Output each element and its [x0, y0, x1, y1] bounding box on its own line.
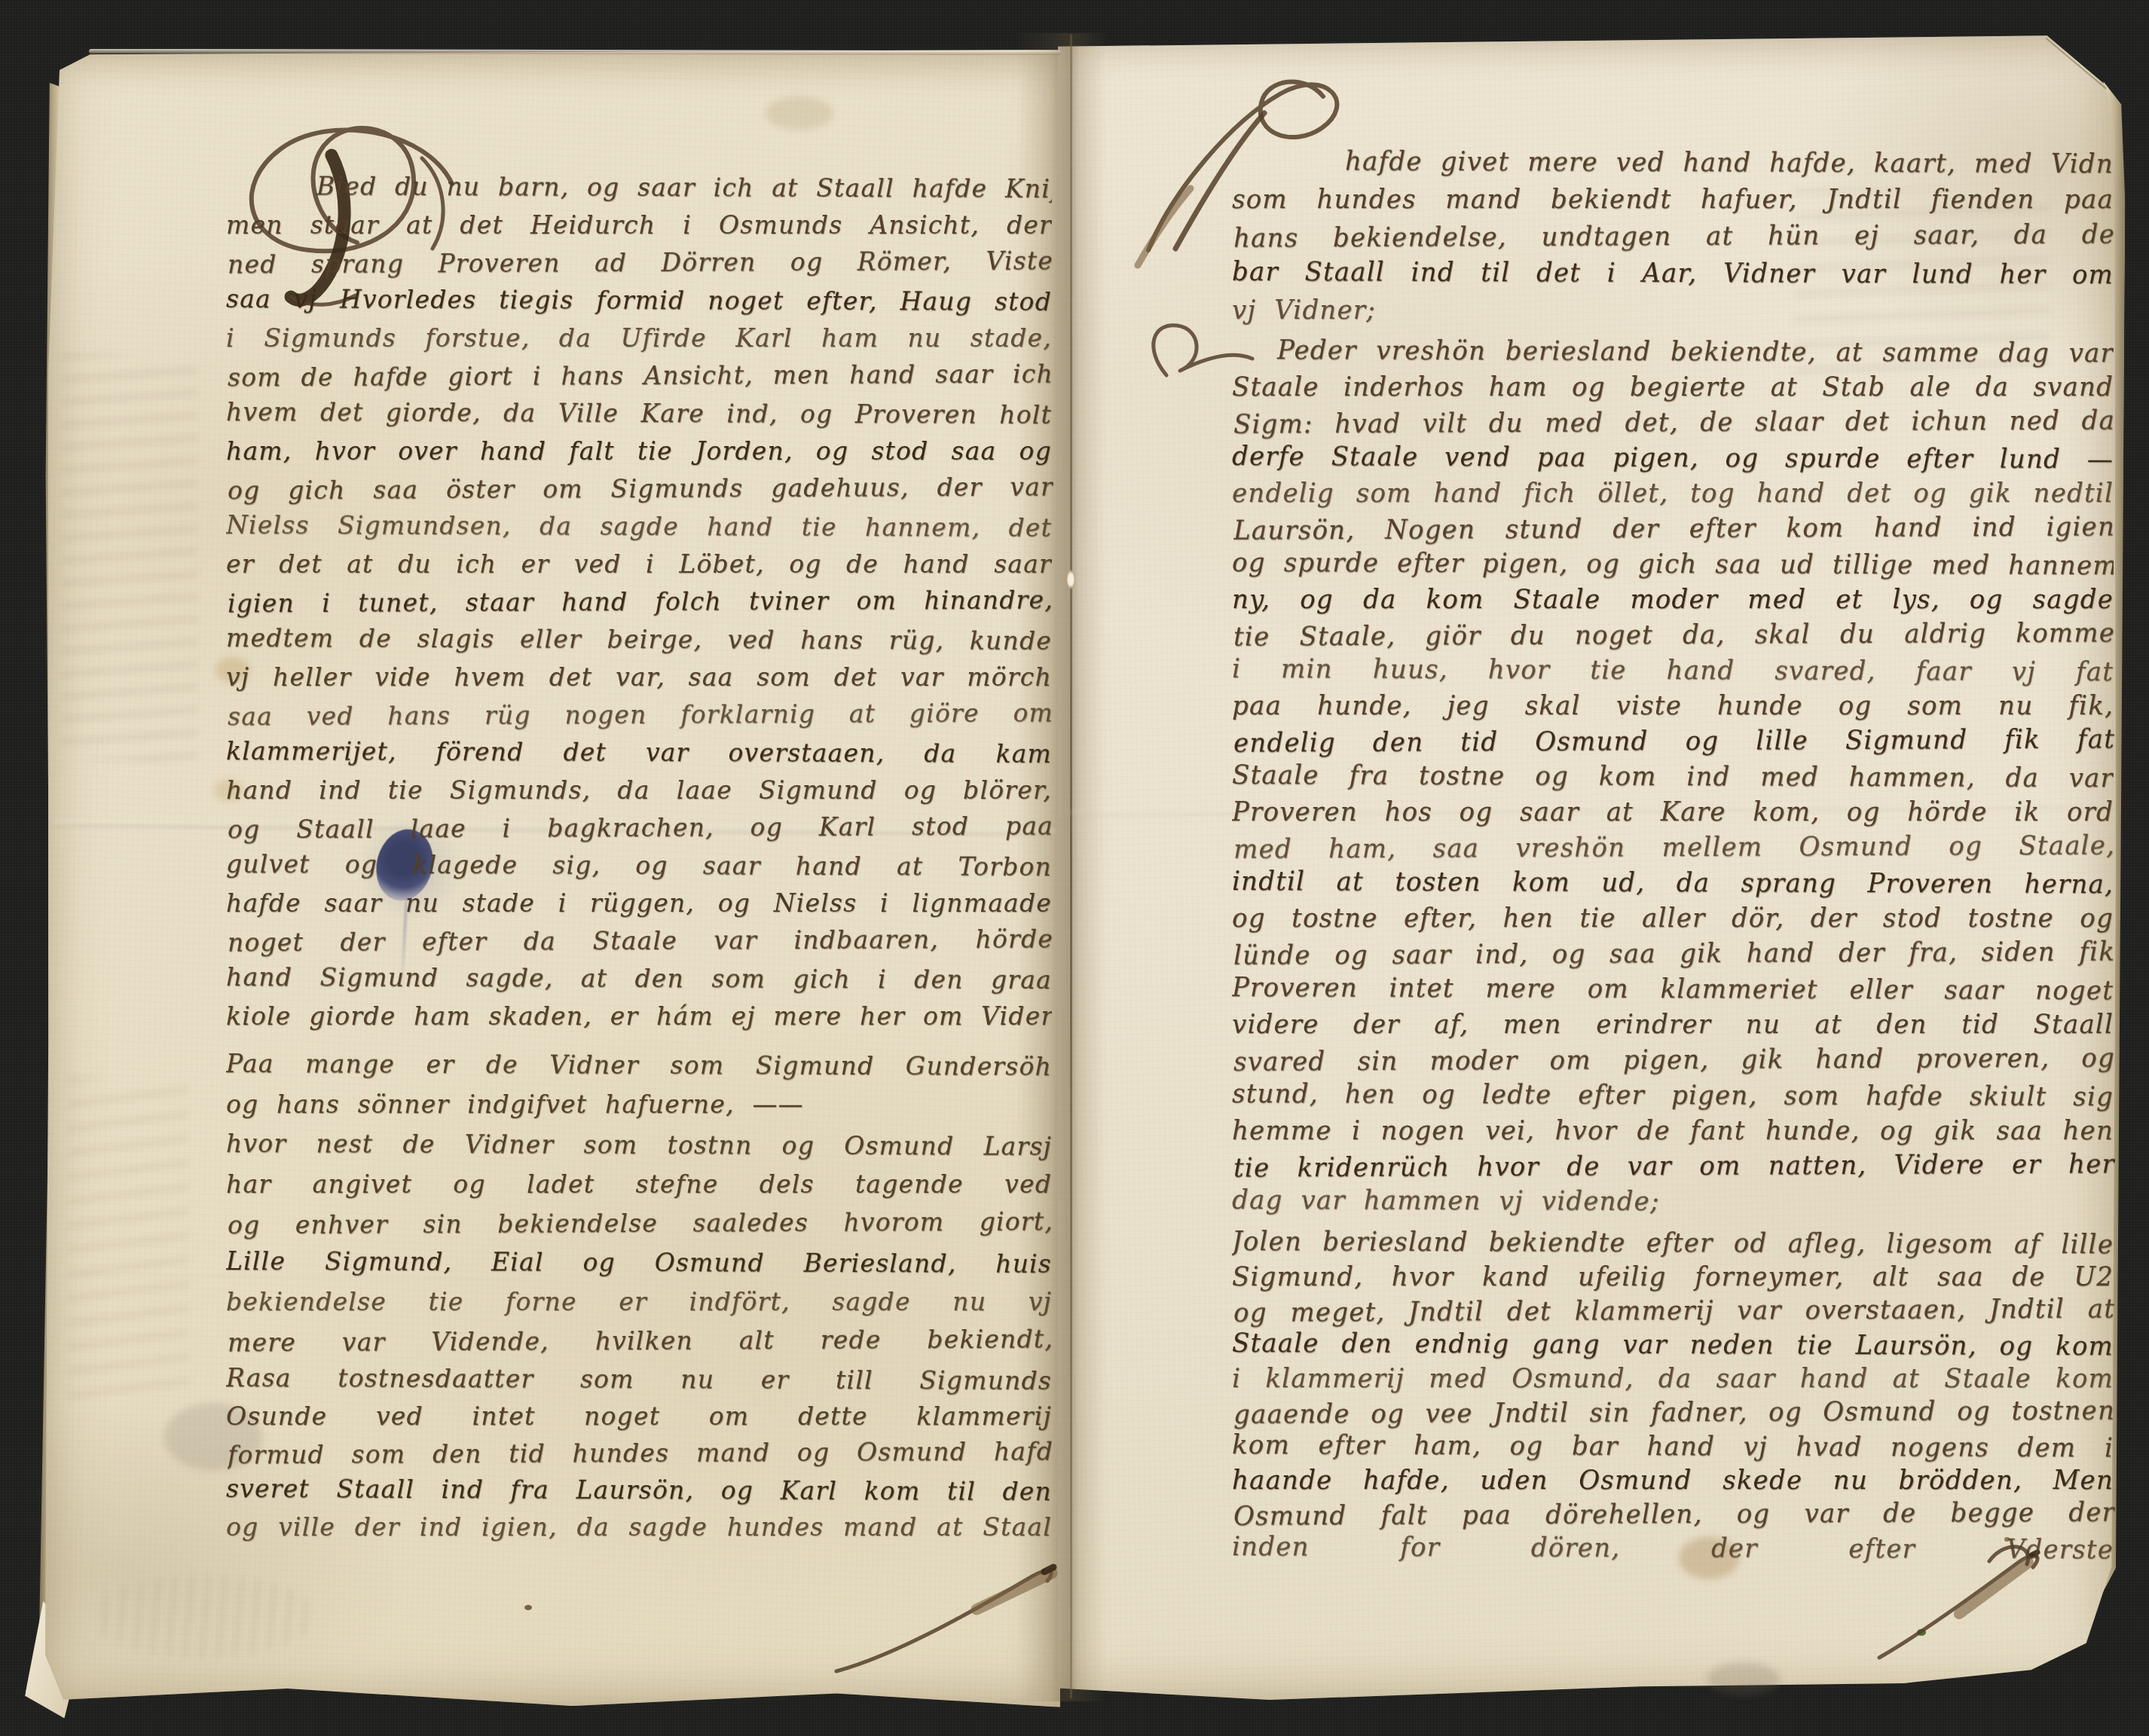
handwriting-line: ham, hvor over hand falt tie Jorden, og … — [226, 432, 1052, 471]
handwriting-line: saa ved hans rüg nogen forklarnig at giö… — [228, 694, 1053, 737]
handwriting-line: indtil at tosten kom ud, da sprang Prove… — [1232, 863, 2114, 903]
handwriting-line: Staale inderhos ham og begierte at Stab … — [1232, 369, 2114, 406]
handwriting-line: Osmund falt paa dörehellen, og var de be… — [1233, 1495, 2115, 1534]
handwriting-line: hafde givet mere ved hand hafde, kaart, … — [1232, 142, 2114, 184]
handwriting-line: Staale fra tostne og kom ind med hammen,… — [1232, 757, 2114, 797]
right-paragraph-1: hafde givet mere ved hand hafde, kaart, … — [1232, 145, 2114, 329]
handwriting-line: Lille Sigmund, Eial og Osmund Beriesland… — [226, 1241, 1052, 1285]
handwriting-line: og tostne efter, hen tie aller dör, der … — [1232, 900, 2114, 937]
handwriting-line: tie kridenrüch hvor de var om natten, Vi… — [1233, 1146, 2115, 1187]
handwriting-line: bar Staall ind til det i Aar, Vidner var… — [1232, 253, 2114, 295]
handwriting-line: med ham, saa vreshön mellem Osmund og St… — [1233, 827, 2115, 868]
handwriting-line: tie Staale, giör du noget da, skal du al… — [1233, 615, 2115, 656]
right-paragraph-3: Jolen beriesland bekiendte efter od afle… — [1232, 1227, 2114, 1566]
handwriting-line: vj Vidner; — [1232, 292, 2114, 330]
handwriting-line: kom efter ham, og bar hand vj hvad nogen… — [1232, 1428, 2114, 1466]
handwriting-line: ny, og da kom Staale moder med et lys, o… — [1232, 582, 2114, 619]
handwriting-line: hand ind tie Sigmunds, da laae Sigmund o… — [226, 771, 1052, 810]
handwriting-line: vj heller vide hvem det var, saa som det… — [226, 658, 1052, 697]
handwriting-line: hemme i nogen vei, hvor de fant hunde, o… — [1232, 1113, 2114, 1150]
handwriting-line: haande hafde, uden Osmund skede nu brödd… — [1232, 1463, 2114, 1499]
handwriting-line: derfe Staale vend paa pigen, og spurde e… — [1232, 439, 2114, 478]
handwriting-line: saa vj Hvorledes tiegis formid noget eft… — [226, 280, 1052, 322]
handwriting-line: Jolen beriesland bekiendte efter od afle… — [1232, 1224, 2114, 1263]
handwriting-line: men staar at det Heidurch i Osmunds Ansi… — [226, 206, 1052, 245]
handwriting-line: ned sprang Proveren ad Dörren og Römer, … — [228, 242, 1053, 285]
handwriting-line: paa hunde, jeg skal viste hunde og som n… — [1232, 688, 2114, 725]
handwriting-line: gulvet og klagede sig, og saar hand at T… — [226, 845, 1052, 887]
handwriting-line: igien i tunet, staar hand folch tviner o… — [228, 581, 1053, 624]
handwriting-line: gaaende og vee Jndtil sin fadner, og Osm… — [1233, 1393, 2115, 1432]
handwriting-line: sveret Staall ind fra Laursön, og Karl k… — [226, 1469, 1052, 1511]
handwriting-line: lünde og saar ind, og saa gik hand der f… — [1233, 934, 2115, 974]
left-paragraph-3: hvor nest de Vidner som tostnn og Osmund… — [226, 1126, 1052, 1361]
handwriting-line: endelig den tid Osmund og lille Sigmund … — [1233, 721, 2115, 762]
handwriting-line: hvem det giorde, da Ville Kare ind, og P… — [226, 393, 1052, 435]
handwriting-line: Peder vreshön beriesland bekiendte, at s… — [1232, 332, 2114, 372]
handwriting-line: dag var hammen vj vidende; — [1232, 1182, 2114, 1222]
handwriting-line: kiole giorde ham skaden, er hám ej mere … — [226, 997, 1052, 1036]
left-paragraph-4: Rasa tostnesdaatter som nu er till Sigmu… — [226, 1361, 1052, 1545]
right-paragraph-2: Peder vreshön beriesland bekiendte, at s… — [1232, 335, 2114, 1220]
handwriting-line: medtem de slagis eller beirge, ved hans … — [226, 619, 1052, 661]
handwriting-line: som hundes mand bekiendt hafuer, Jndtil … — [1232, 181, 2114, 219]
handwriting-line: endelig som hand fich öllet, tog hand de… — [1232, 475, 2114, 512]
handwriting-line: i Sigmunds forstue, da Ufirde Karl ham n… — [226, 319, 1052, 358]
handwriting-line: klammerijet, förend det var overstaaen, … — [226, 732, 1052, 774]
handwriting-line: Proveren hos og saar at Kare kom, og hör… — [1232, 794, 2114, 831]
handwriting-line: Sigmund, hvor kand ufeilig forneymer, al… — [1232, 1260, 2114, 1295]
handwriting-line: Laursön, Nogen stund der efter kom hand … — [1233, 509, 2115, 549]
handwriting-line: som de hafde giort i hans Ansicht, men h… — [228, 355, 1053, 398]
archival-manuscript-photo: Bied du nu barn, og saar ich at Staall h… — [0, 0, 2149, 1736]
left-paragraph-1: Bied du nu barn, og saar ich at Staall h… — [226, 169, 1052, 1035]
handwriting-line: Nielss Sigmundsen, da sagde hand tie han… — [226, 506, 1052, 548]
handwriting-line: Proveren intet mere om klammeriet eller … — [1232, 970, 2114, 1010]
handwriting-line: mere var Vidende, hvilken alt rede bekie… — [228, 1319, 1053, 1363]
handwriting-line: hans bekiendelse, undtagen at hün ej saa… — [1233, 215, 2115, 258]
handwriting-line: noget der efter da Staale var indbaaren,… — [228, 920, 1053, 963]
handwriting-line: og ville der ind igien, da sagde hundes … — [226, 1508, 1052, 1546]
handwriting-line: stund, hen og ledte efter pigen, som haf… — [1232, 1076, 2114, 1116]
handwriting-line: Sigm: hvad vilt du med det, de slaar det… — [1233, 402, 2115, 443]
handwriting-line: og spurde efter pigen, og gich saa ud ti… — [1232, 545, 2114, 585]
handwriting-layer: Bied du nu barn, og saar ich at Staall h… — [0, 0, 2149, 1736]
left-paragraph-2: Paa mange er de Vidner som Sigmund Gunde… — [226, 1046, 1052, 1124]
handwriting-line: i klammerij med Osmund, da saar hand at … — [1232, 1362, 2114, 1397]
handwriting-line: har angivet og ladet stefne dels tagende… — [226, 1164, 1052, 1205]
handwriting-line: er det at du ich er ved i Löbet, og de h… — [226, 545, 1052, 584]
handwriting-line: og enhver sin bekiendelse saaledes hvoro… — [228, 1201, 1053, 1245]
handwriting-line: og Staall laae i bagkrachen, og Karl sto… — [228, 807, 1053, 850]
handwriting-line: hvor nest de Vidner som tostnn og Osmund… — [226, 1123, 1052, 1167]
handwriting-line: i min huus, hvor tie hand svared, faar v… — [1232, 651, 2114, 691]
handwriting-line: hand Sigmund sagde, at den som gich i de… — [226, 958, 1052, 1000]
handwriting-line: og gich saa öster om Sigmunds gadehuus, … — [228, 468, 1053, 511]
handwriting-line: formud som den tid hundes mand og Osmund… — [228, 1432, 1053, 1475]
handwriting-line: Rasa tostnesdaatter som nu er till Sigmu… — [226, 1359, 1052, 1400]
handwriting-line: og meget, Jndtil det klammerij var overs… — [1233, 1291, 2115, 1331]
handwriting-line: Staale den endnig gang var neden tie Lau… — [1232, 1326, 2114, 1365]
handwriting-line: bekiendelse tie forne er indfört, sagde … — [226, 1282, 1052, 1322]
handwriting-line: svared sin moder om pigen, gik hand prov… — [1233, 1040, 2115, 1080]
handwriting-line: Paa mange er de Vidner som Sigmund Gunde… — [226, 1044, 1052, 1087]
handwriting-line: Bied du nu barn, og saar ich at Staall h… — [226, 167, 1052, 209]
handwriting-line: hafde saar nu stade i rüggen, og Nielss … — [226, 884, 1052, 923]
handwriting-line: inden for dören, der efter Vderste — [1232, 1530, 2114, 1568]
handwriting-line: og hans sönner indgifvet hafuerne, —— — [226, 1084, 1052, 1125]
handwriting-line: videre der af, men erindrer nu at den ti… — [1232, 1007, 2114, 1044]
handwriting-line: Osunde ved intet noget om dette klammeri… — [226, 1397, 1052, 1435]
